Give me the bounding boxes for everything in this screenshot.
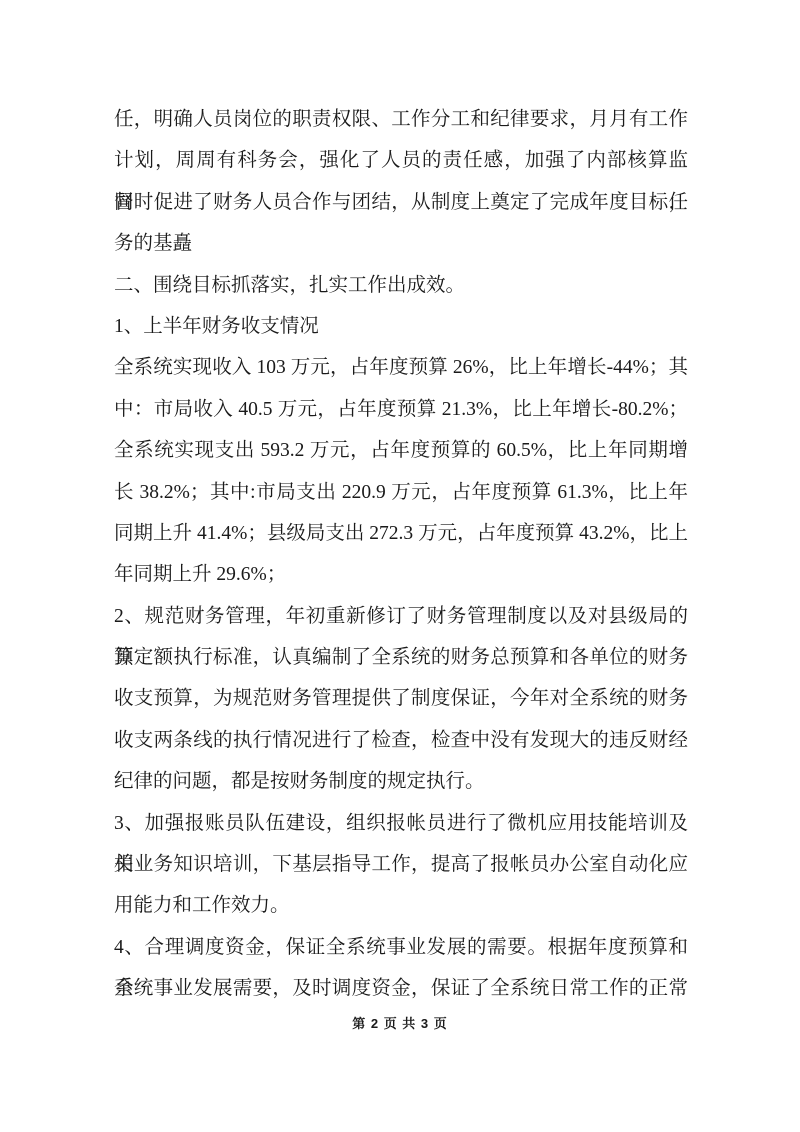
text-line: 全系统实现收入 103 万元，占年度预算 26%，比上年增长-44%；其 xyxy=(114,347,688,388)
text-line: 关业务知识培训，下基层指导工作，提高了报帐员办公室自动化应 xyxy=(114,844,688,885)
text-line: 1、上半年财务收支情况 xyxy=(114,306,688,347)
text-line: 全系统实现支出 593.2 万元，占年度预算的 60.5%，比上年同期增 xyxy=(114,430,688,471)
text-line: 任，明确人员岗位的职责权限、工作分工和纪律要求，月月有工作 xyxy=(114,99,688,140)
text-line: 2、规范财务管理，年初重新修订了财务管理制度以及对县级局的预 xyxy=(114,596,688,637)
text-line: 年同期上升 29.6%； xyxy=(114,554,688,595)
text-line: 3、加强报账员队伍建设，组织报帐员进行了微机应用技能培训及相 xyxy=(114,803,688,844)
text-line: 计划，周周有科务会，强化了人员的责任感，加强了内部核算监督， xyxy=(114,140,688,181)
text-line: 二、围绕目标抓落实，扎实工作出成效。 xyxy=(114,265,688,306)
text-line: 4、合理调度资金，保证全系统事业发展的需要。根据年度预算和全 xyxy=(114,927,688,968)
page-footer: 第 2 页 共 3 页 xyxy=(0,1013,800,1032)
text-line: 收支预算，为规范财务管理提供了制度保证，今年对全系统的财务 xyxy=(114,678,688,719)
document-body: 任，明确人员岗位的职责权限、工作分工和纪律要求，月月有工作计划，周周有科务会，强… xyxy=(114,99,688,1010)
text-line: 同时促进了财务人员合作与团结，从制度上奠定了完成年度目标任 xyxy=(114,182,688,223)
text-line: 务的基矗 xyxy=(114,223,688,264)
document-page: 任，明确人员岗位的职责权限、工作分工和纪律要求，月月有工作计划，周周有科务会，强… xyxy=(0,0,800,1132)
text-line: 用能力和工作效力。 xyxy=(114,885,688,926)
text-line: 长 38.2%；其中:市局支出 220.9 万元，占年度预算 61.3%，比上年 xyxy=(114,472,688,513)
text-line: 算定额执行标准，认真编制了全系统的财务总预算和各单位的财务 xyxy=(114,637,688,678)
text-line: 中：市局收入 40.5 万元，占年度预算 21.3%，比上年增长-80.2%； xyxy=(114,389,688,430)
text-line: 同期上升 41.4%；县级局支出 272.3 万元，占年度预算 43.2%，比上 xyxy=(114,513,688,554)
text-line: 收支两条线的执行情况进行了检查，检查中没有发现大的违反财经 xyxy=(114,720,688,761)
text-line: 纪律的问题，都是按财务制度的规定执行。 xyxy=(114,761,688,802)
text-line: 系统事业发展需要，及时调度资金，保证了全系统日常工作的正常 xyxy=(114,968,688,1009)
page-number-indicator: 第 2 页 共 3 页 xyxy=(352,1016,448,1031)
